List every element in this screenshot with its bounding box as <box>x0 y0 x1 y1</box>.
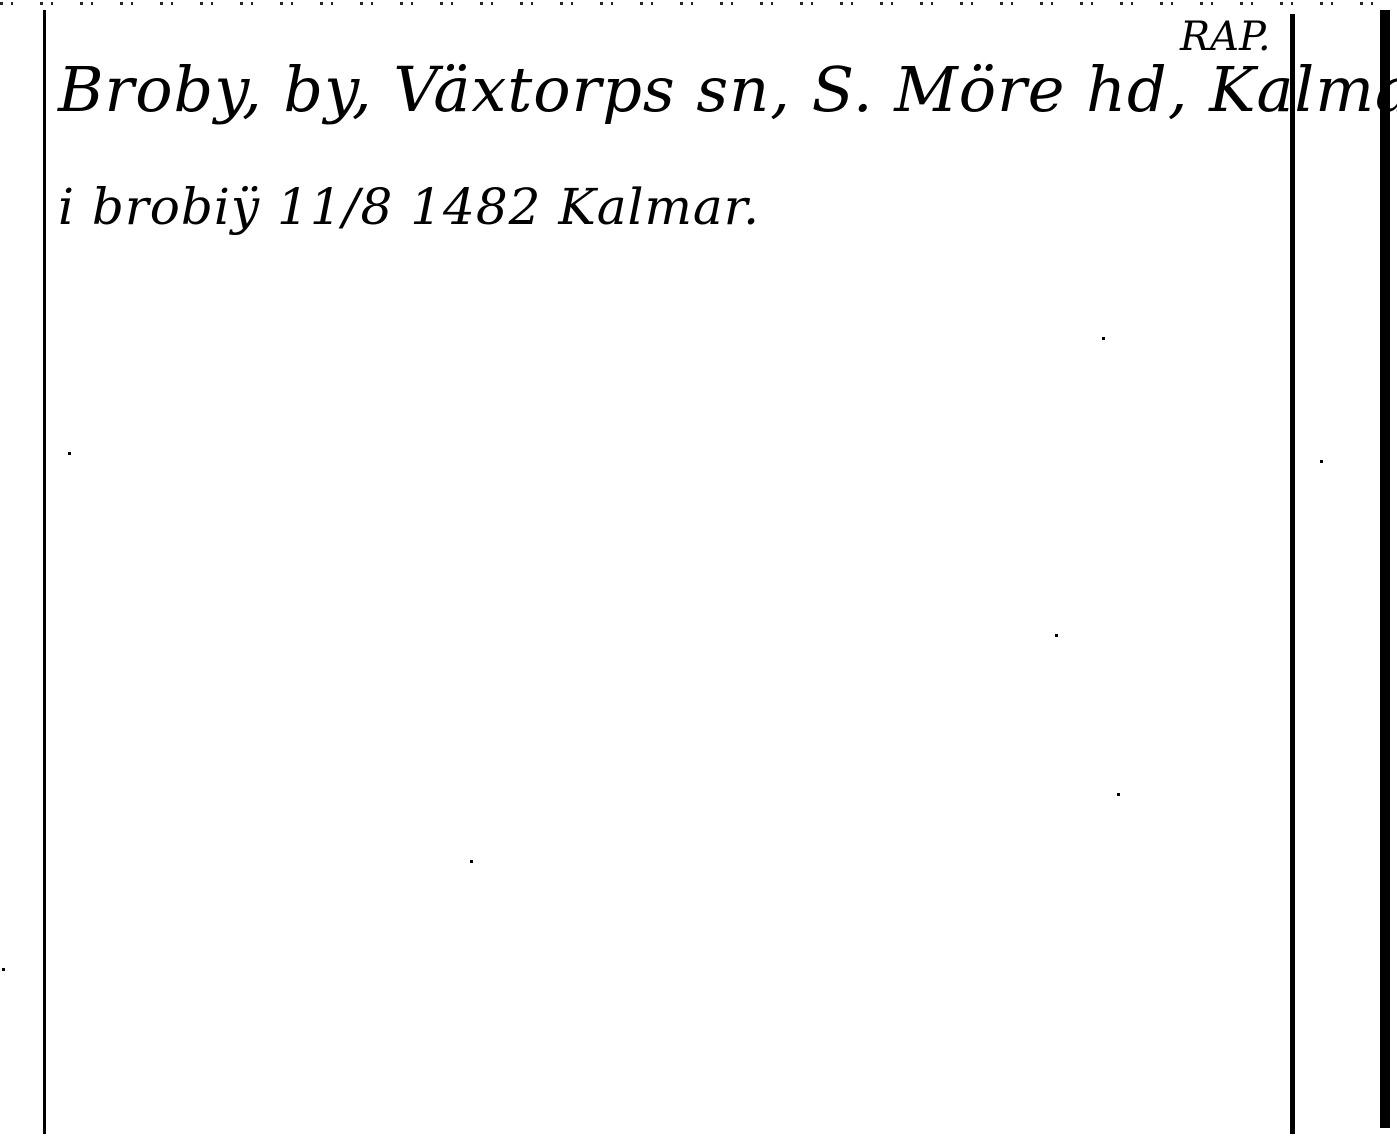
scan-speck <box>2 968 5 971</box>
place-heading-handwritten: Broby, by, Växtorps sn, S. Möre hd, Kalm… <box>58 50 1397 130</box>
scan-speck <box>1055 634 1058 637</box>
card-right-edge <box>1380 10 1390 1128</box>
scan-speck <box>1117 793 1120 796</box>
source-entry-handwritten: i brobiÿ 11/8 1482 Kalmar. <box>58 172 760 242</box>
scan-top-edge-noise <box>0 2 1397 5</box>
scan-speck <box>68 452 71 455</box>
scan-speck <box>470 860 473 863</box>
right-margin-rule <box>1290 14 1295 1134</box>
index-card: RAP. Broby, by, Växtorps sn, S. Möre hd,… <box>0 0 1397 1138</box>
scan-speck <box>1102 337 1105 340</box>
scan-speck <box>1320 460 1323 463</box>
left-margin-rule <box>43 10 46 1134</box>
